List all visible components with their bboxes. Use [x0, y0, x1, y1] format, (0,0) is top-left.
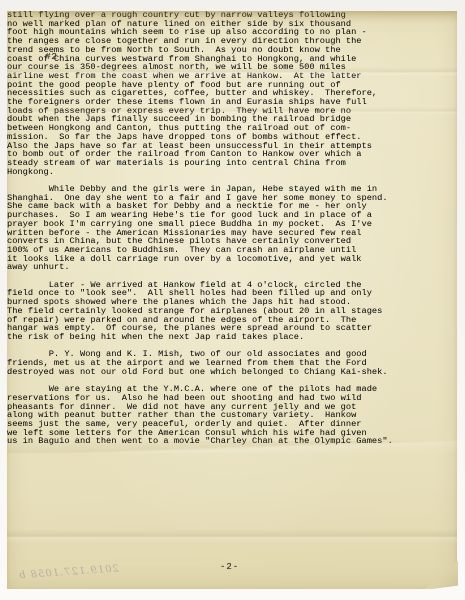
page-number-top: #2: [45, 51, 57, 62]
page-number-bottom: -2-: [220, 562, 239, 572]
letter-paragraph: Later - We arrived at Hankow field at 4 …: [7, 281, 412, 342]
letter-paragraph: P. Y. Wong and K. I. Mish, two of our ol…: [7, 350, 412, 376]
letter-paragraph: We are staying at the Y.M.C.A. where one…: [7, 385, 412, 446]
letter-paragraph: While Debby and the girls were in Japan,…: [7, 185, 412, 272]
letter-body: still flying over a rough country cut by…: [7, 11, 412, 446]
scan-backdrop: #2 still flying over a rough country cut…: [0, 0, 465, 600]
letter-paragraph: still flying over a rough country cut by…: [7, 11, 412, 176]
letter-page: #2 still flying over a rough country cut…: [7, 11, 457, 589]
accession-stamp-mirrored: 2019.127.1058 b: [15, 563, 120, 581]
